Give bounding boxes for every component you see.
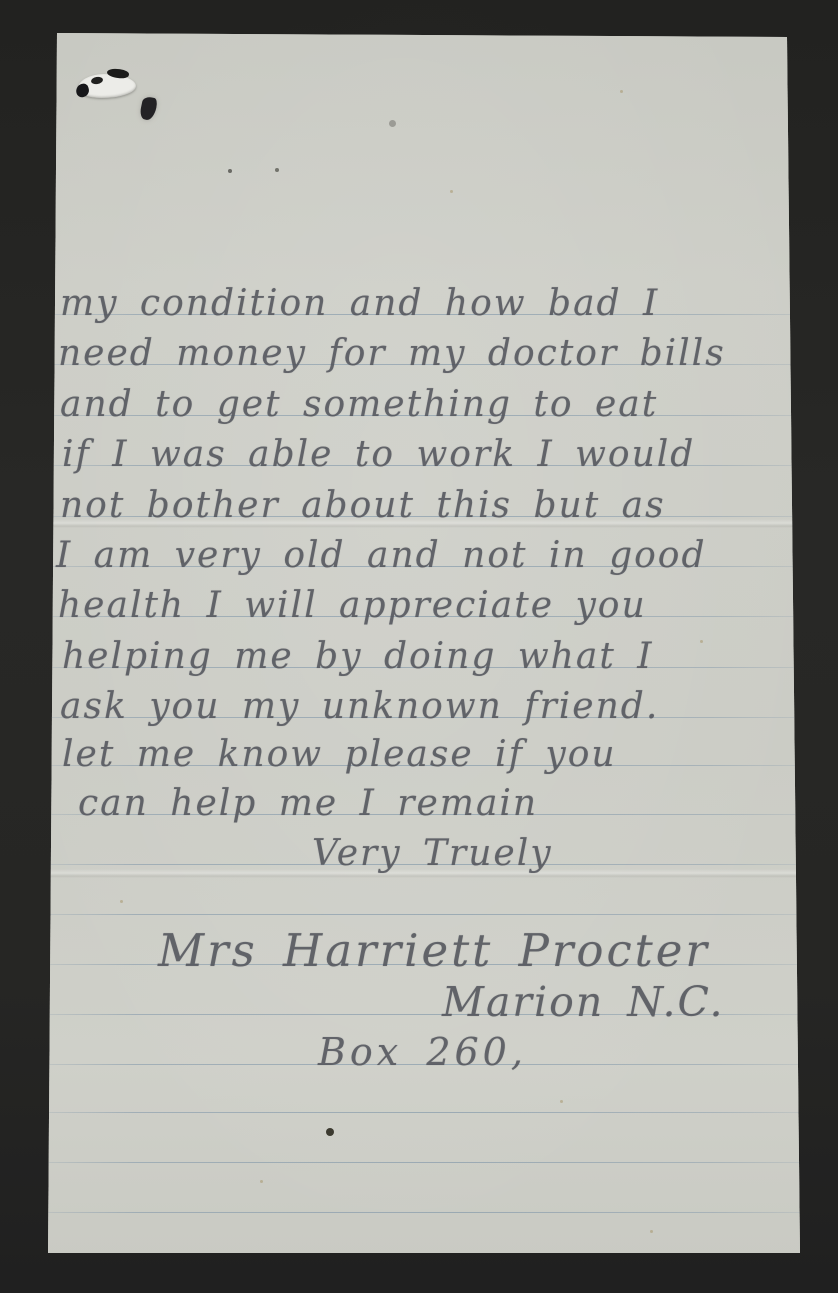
paper-speck xyxy=(120,900,123,903)
paper-speck xyxy=(650,1230,653,1233)
letter-page: my condition and how bad I need money fo… xyxy=(0,0,838,1293)
signature-name-line: Mrs Harriett Procter xyxy=(158,928,710,973)
letter-line-2: need money for my doctor bills xyxy=(58,336,726,372)
ruled-line xyxy=(44,1112,804,1113)
ruled-line xyxy=(44,1212,804,1213)
letter-line-10: let me know please if you xyxy=(62,737,617,773)
stain-dot xyxy=(326,1128,334,1136)
closing-line: Very Truely xyxy=(312,836,553,872)
letter-line-9: ask you my unknown friend. xyxy=(60,689,659,725)
paper-speck xyxy=(560,1100,563,1103)
letter-line-4: if I was able to work I would xyxy=(62,437,695,473)
paper-speck xyxy=(620,90,623,93)
paper-speck xyxy=(260,1180,263,1183)
ink-spot xyxy=(139,96,158,122)
paper-speck xyxy=(700,640,703,643)
pinhole xyxy=(275,168,279,172)
letter-line-7: health I will appreciate you xyxy=(58,588,647,624)
signature-box-line: Box 260, xyxy=(318,1033,527,1071)
pinhole xyxy=(228,169,232,173)
letter-line-8: helping me by doing what I xyxy=(62,639,653,675)
ruled-line xyxy=(44,1162,804,1163)
scan-background: my condition and how bad I need money fo… xyxy=(0,0,838,1293)
letter-line-6: I am very old and not in good xyxy=(56,538,707,574)
paper-speck xyxy=(450,190,453,193)
letter-line-11: can help me I remain xyxy=(78,786,538,822)
ruled-line xyxy=(44,914,804,915)
letter-line-1: my condition and how bad I xyxy=(60,286,659,322)
smudge-dot xyxy=(389,120,396,127)
signature-place-line: Marion N.C. xyxy=(442,982,725,1023)
letter-line-3: and to get something to eat xyxy=(60,387,658,423)
letter-line-5: not bother about this but as xyxy=(60,488,666,524)
